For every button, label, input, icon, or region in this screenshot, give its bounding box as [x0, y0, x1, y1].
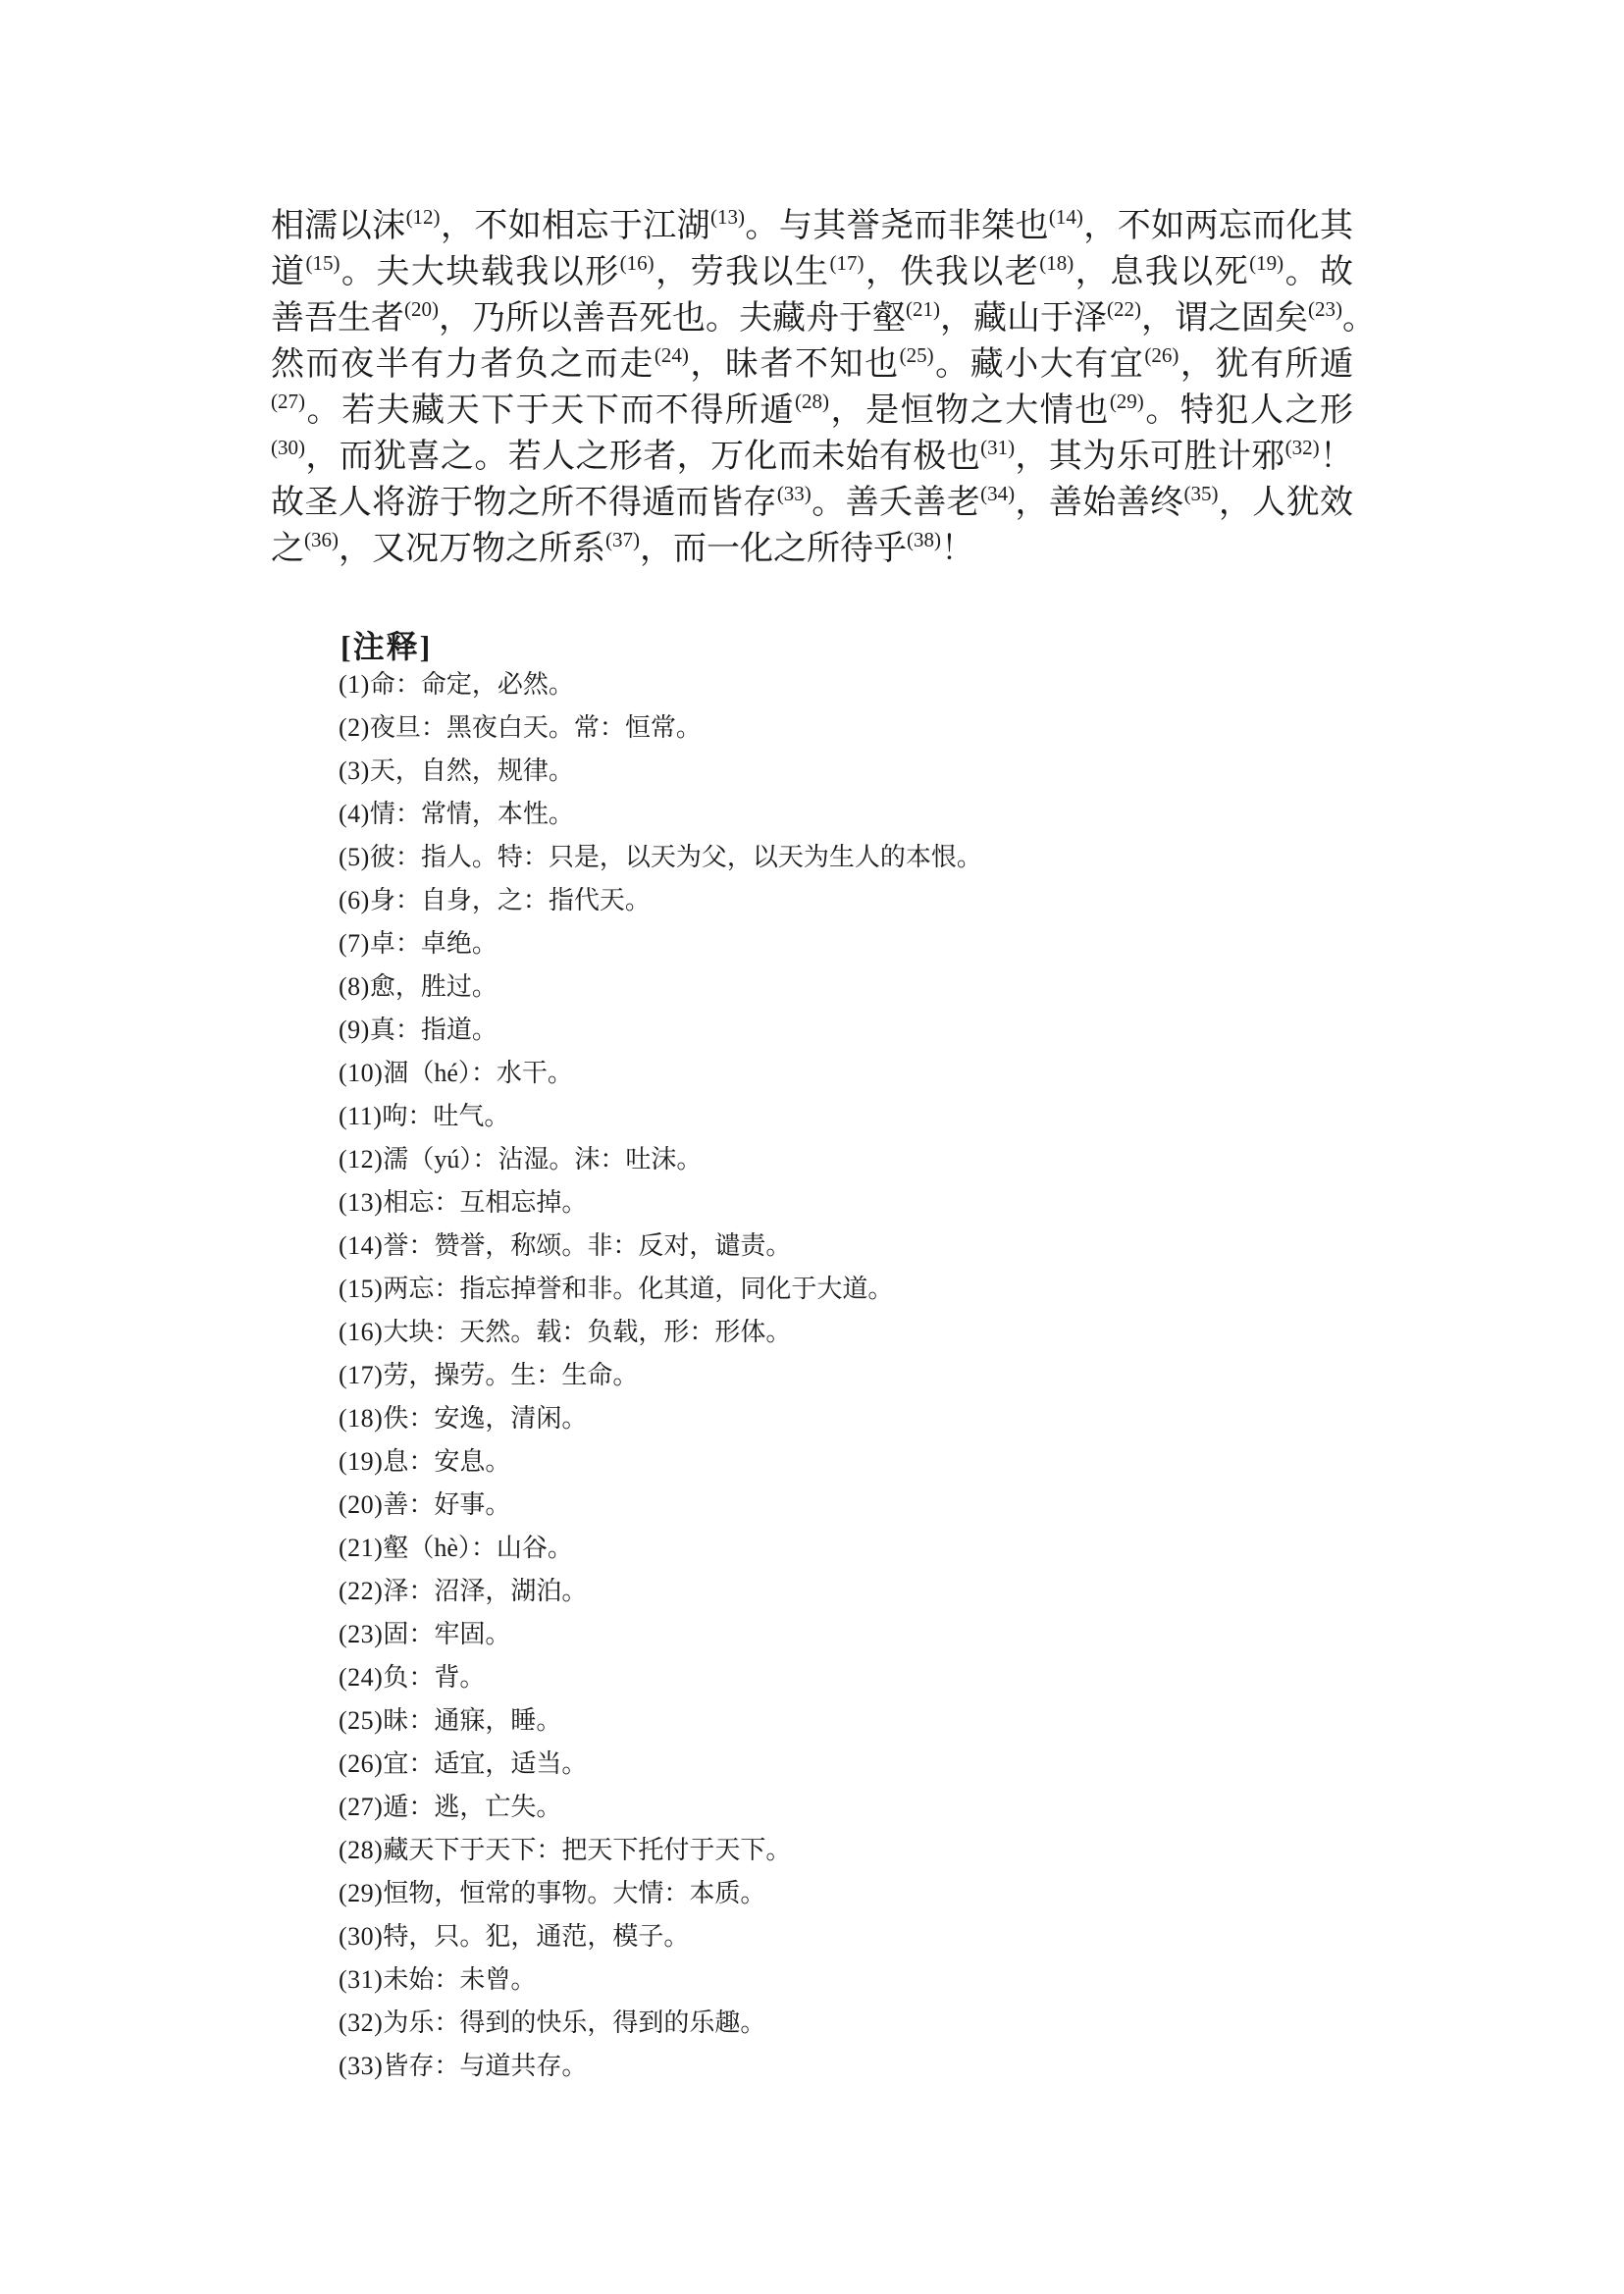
- footnote-ref: (15): [305, 240, 340, 287]
- note-item: (33)皆存：与道共存。: [339, 2045, 1418, 2088]
- note-item: (12)濡（yú）：沾湿。沫：吐沫。: [339, 1138, 1418, 1181]
- note-item: (24)负：背。: [339, 1656, 1418, 1699]
- text-run: ，谓之固矣: [1141, 300, 1308, 337]
- note-text: 皆存：与道共存。: [383, 2052, 587, 2080]
- note-number: (10): [339, 1059, 383, 1087]
- footnote-ref: (35): [1183, 471, 1218, 517]
- note-item: (10)涸（hé）：水干。: [339, 1052, 1418, 1095]
- text-run: ，而一化之所待乎: [640, 531, 907, 567]
- note-number: (27): [339, 1793, 383, 1821]
- note-item: (16)大块：天然。载：负载，形：形体。: [339, 1311, 1418, 1354]
- footnote-ref: (31): [980, 425, 1015, 471]
- note-item: (9)真：指道。: [339, 1009, 1418, 1052]
- paragraph: 相濡以沫(12)，不如相忘于江湖(13)。与其誉尧而非桀也(14)，不如两忘而化…: [271, 203, 1353, 572]
- note-text: 呴：吐气。: [382, 1102, 509, 1130]
- footnote-ref: (30): [271, 425, 305, 471]
- text-run: 。: [1342, 300, 1376, 337]
- footnote-ref: (12): [406, 194, 441, 240]
- note-text: 负：背。: [383, 1663, 485, 1692]
- note-number: (22): [339, 1577, 383, 1605]
- notes-list: (1)命：命定，必然。(2)夜旦：黑夜白天。常：恒常。(3)天，自然，规律。(4…: [339, 663, 1418, 2088]
- paragraph-line: 相濡以沫(12)，不如相忘于江湖(13)。与其誉尧而非桀也(14)，不如两忘而化…: [271, 203, 1353, 249]
- note-text: 为乐：得到的快乐，得到的乐趣。: [383, 2008, 765, 2037]
- note-number: (5): [339, 843, 370, 871]
- document-page: 相濡以沫(12)，不如相忘于江湖(13)。与其誉尧而非桀也(14)，不如两忘而化…: [0, 0, 1624, 2294]
- note-number: (16): [339, 1318, 383, 1346]
- note-number: (33): [339, 2052, 383, 2080]
- note-text: 涸（hé）：水干。: [383, 1059, 573, 1087]
- text-run: ，人犹效: [1218, 485, 1353, 521]
- text-run: ，劳我以生: [655, 254, 830, 290]
- note-text: 两忘：指忘掉誉和非。化其道，同化于大道。: [383, 1275, 893, 1303]
- note-number: (13): [339, 1188, 383, 1217]
- note-item: (27)遁：逃，亡失。: [339, 1786, 1418, 1829]
- note-number: (25): [339, 1706, 383, 1735]
- note-text: 相忘：互相忘掉。: [383, 1188, 587, 1217]
- note-number: (12): [339, 1145, 383, 1173]
- note-item: (5)彼：指人。特：只是，以天为父，以天为生人的本恨。: [339, 836, 1418, 879]
- note-text: 身：自身，之：指代天。: [370, 886, 651, 914]
- text-run: ，而犹喜之。若人之形者，万化而未始有极也: [305, 439, 980, 475]
- note-text: 善：好事。: [383, 1490, 510, 1519]
- footnote-ref: (28): [795, 379, 829, 425]
- note-item: (2)夜旦：黑夜白天。常：恒常。: [339, 706, 1418, 750]
- note-number: (11): [339, 1102, 382, 1130]
- note-text: 息：安息。: [383, 1447, 510, 1476]
- text-run: ，是恒物之大情也: [829, 392, 1110, 429]
- note-text: 天，自然，规律。: [370, 756, 574, 785]
- note-text: 特，只。犯，通范，模子。: [383, 1922, 689, 1951]
- text-run: ，又况万物之所系: [339, 531, 605, 567]
- note-number: (28): [339, 1836, 383, 1864]
- note-text: 遁：逃，亡失。: [383, 1793, 561, 1821]
- text-run: ，昧者不知也: [689, 346, 900, 383]
- paragraph-line: 善吾生者(20)，乃所以善吾死也。夫藏舟于壑(21)，藏山于泽(22)，谓之固矣…: [271, 295, 1353, 341]
- note-text: 真：指道。: [370, 1016, 498, 1044]
- footnote-ref: (24): [655, 333, 689, 379]
- note-item: (28)藏天下于天下：把天下托付于天下。: [339, 1829, 1418, 1872]
- text-run: 。善夭善老: [812, 485, 980, 521]
- note-item: (23)固：牢固。: [339, 1613, 1418, 1656]
- note-number: (15): [339, 1275, 383, 1303]
- note-item: (32)为乐：得到的快乐，得到的乐趣。: [339, 2002, 1418, 2045]
- text-run: 。藏小大有宜: [934, 346, 1145, 383]
- note-item: (15)两忘：指忘掉誉和非。化其道，同化于大道。: [339, 1268, 1418, 1311]
- text-run: ！: [1320, 439, 1353, 475]
- note-number: (4): [339, 800, 370, 828]
- footnote-ref: (21): [906, 287, 940, 333]
- note-text: 卓：卓绝。: [370, 929, 498, 958]
- note-number: (18): [339, 1404, 383, 1433]
- text-run: ，其为乐可胜计邪: [1015, 439, 1284, 475]
- note-item: (19)息：安息。: [339, 1440, 1418, 1484]
- note-text: 藏天下于天下：把天下托付于天下。: [383, 1836, 791, 1864]
- note-item: (17)劳，操劳。生：生命。: [339, 1354, 1418, 1397]
- note-number: (23): [339, 1620, 383, 1648]
- footnote-ref: (14): [1049, 194, 1083, 240]
- footnote-ref: (33): [777, 471, 812, 517]
- note-item: (26)宜：适宜，适当。: [339, 1743, 1418, 1786]
- footnote-ref: (27): [271, 379, 305, 425]
- note-number: (30): [339, 1922, 383, 1951]
- note-item: (31)未始：未曾。: [339, 1958, 1418, 2002]
- text-run: ，善始善终: [1015, 485, 1183, 521]
- note-number: (8): [339, 972, 370, 1001]
- note-item: (11)呴：吐气。: [339, 1095, 1418, 1138]
- note-number: (17): [339, 1361, 383, 1389]
- footnote-ref: (22): [1107, 287, 1141, 333]
- paragraph-line: (27)。若夫藏天下于天下而不得所遁(28)，是恒物之大情也(29)。特犯人之形: [271, 388, 1353, 434]
- note-item: (13)相忘：互相忘掉。: [339, 1181, 1418, 1225]
- text-run: 。与其誉尧而非桀也: [745, 208, 1049, 244]
- note-number: (24): [339, 1663, 383, 1692]
- text-run: 故圣人将游于物之所不得遁而皆存: [271, 485, 777, 521]
- note-text: 固：牢固。: [383, 1620, 510, 1648]
- note-number: (7): [339, 929, 370, 958]
- note-number: (26): [339, 1749, 383, 1778]
- footnote-ref: (17): [829, 240, 864, 287]
- text-run: ，不如相忘于江湖: [441, 208, 710, 244]
- footnote-ref: (26): [1144, 333, 1179, 379]
- note-text: 愈，胜过。: [370, 972, 498, 1001]
- text-run: ，乃所以善吾死也。夫藏舟于壑: [439, 300, 906, 337]
- footnote-ref: (37): [605, 517, 640, 563]
- paragraph-line: 故圣人将游于物之所不得遁而皆存(33)。善夭善老(34)，善始善终(35)，人犹…: [271, 480, 1353, 526]
- footnote-ref: (29): [1110, 379, 1144, 425]
- paragraph-line: 之(36)，又况万物之所系(37)，而一化之所待乎(38)！: [271, 526, 1353, 572]
- footnote-ref: (34): [980, 471, 1015, 517]
- footnote-ref: (32): [1285, 425, 1320, 471]
- note-item: (29)恒物，恒常的事物。大情：本质。: [339, 1872, 1418, 1915]
- note-text: 泽：沼泽，湖泊。: [383, 1577, 587, 1605]
- notes-section-header: [注释]: [341, 622, 432, 667]
- footnote-ref: (18): [1039, 240, 1074, 287]
- footnote-ref: (25): [900, 333, 934, 379]
- note-number: (31): [339, 1965, 383, 1994]
- note-text: 命：命定，必然。: [370, 670, 574, 699]
- note-item: (8)愈，胜过。: [339, 965, 1418, 1009]
- note-number: (19): [339, 1447, 383, 1476]
- note-item: (4)情：常情，本性。: [339, 793, 1418, 836]
- note-number: (21): [339, 1534, 383, 1562]
- note-number: (29): [339, 1879, 383, 1907]
- note-number: (14): [339, 1231, 383, 1260]
- note-item: (21)壑（hè）：山谷。: [339, 1527, 1418, 1570]
- note-item: (25)昧：通寐，睡。: [339, 1699, 1418, 1743]
- note-text: 誉：赞誉，称颂。非：反对，谴责。: [383, 1231, 791, 1260]
- note-text: 未始：未曾。: [383, 1965, 536, 1994]
- note-item: (6)身：自身，之：指代天。: [339, 879, 1418, 922]
- note-item: (1)命：命定，必然。: [339, 663, 1418, 706]
- footnote-ref: (38): [907, 517, 941, 563]
- footnote-ref: (13): [710, 194, 745, 240]
- note-text: 大块：天然。载：负载，形：形体。: [383, 1318, 791, 1346]
- note-item: (7)卓：卓绝。: [339, 922, 1418, 965]
- note-number: (1): [339, 670, 370, 699]
- note-item: (18)佚：安逸，清闲。: [339, 1397, 1418, 1440]
- note-number: (2): [339, 713, 370, 742]
- text-run: 然而夜半有力者负之而走: [271, 346, 655, 383]
- note-text: 情：常情，本性。: [370, 800, 574, 828]
- text-run: ，藏山于泽: [940, 300, 1107, 337]
- footnote-ref: (16): [620, 240, 655, 287]
- text-run: 善吾生者: [271, 300, 404, 337]
- note-text: 佚：安逸，清闲。: [383, 1404, 587, 1433]
- text-run: 。若夫藏天下于天下而不得所遁: [305, 392, 795, 429]
- text-run: ，息我以死: [1074, 254, 1249, 290]
- text-run: 之: [271, 531, 304, 567]
- text-run: ！: [941, 531, 974, 567]
- note-text: 宜：适宜，适当。: [383, 1749, 587, 1778]
- note-text: 劳，操劳。生：生命。: [383, 1361, 638, 1389]
- text-run: 相濡以沫: [271, 208, 406, 244]
- note-number: (32): [339, 2008, 383, 2037]
- note-text: 夜旦：黑夜白天。常：恒常。: [370, 713, 702, 742]
- footnote-ref: (19): [1249, 240, 1283, 287]
- text-run: ，犹有所遁: [1179, 346, 1353, 383]
- note-text: 濡（yú）：沾湿。沫：吐沫。: [383, 1145, 702, 1173]
- note-item: (14)誉：赞誉，称颂。非：反对，谴责。: [339, 1225, 1418, 1268]
- text-run: 。特犯人之形: [1144, 392, 1353, 429]
- note-item: (3)天，自然，规律。: [339, 750, 1418, 793]
- note-number: (3): [339, 756, 370, 785]
- note-number: (9): [339, 1016, 370, 1044]
- note-number: (20): [339, 1490, 383, 1519]
- text-run: 。夫大块载我以形: [340, 254, 619, 290]
- note-item: (30)特，只。犯，通范，模子。: [339, 1915, 1418, 1958]
- text-run: ，佚我以老: [864, 254, 1039, 290]
- footnote-ref: (36): [304, 517, 339, 563]
- text-run: 。故: [1283, 254, 1353, 290]
- note-text: 彼：指人。特：只是，以天为父，以天为生人的本恨。: [370, 843, 982, 871]
- note-text: 恒物，恒常的事物。大情：本质。: [383, 1879, 765, 1907]
- text-run: ，不如两忘而化其: [1083, 208, 1353, 244]
- note-item: (20)善：好事。: [339, 1484, 1418, 1527]
- footnote-ref: (20): [404, 287, 439, 333]
- note-item: (22)泽：沼泽，湖泊。: [339, 1570, 1418, 1613]
- note-text: 昧：通寐，睡。: [383, 1706, 561, 1735]
- footnote-ref: (23): [1308, 287, 1342, 333]
- note-text: 壑（hè）：山谷。: [383, 1534, 573, 1562]
- text-run: 道: [271, 254, 305, 290]
- note-number: (6): [339, 886, 370, 914]
